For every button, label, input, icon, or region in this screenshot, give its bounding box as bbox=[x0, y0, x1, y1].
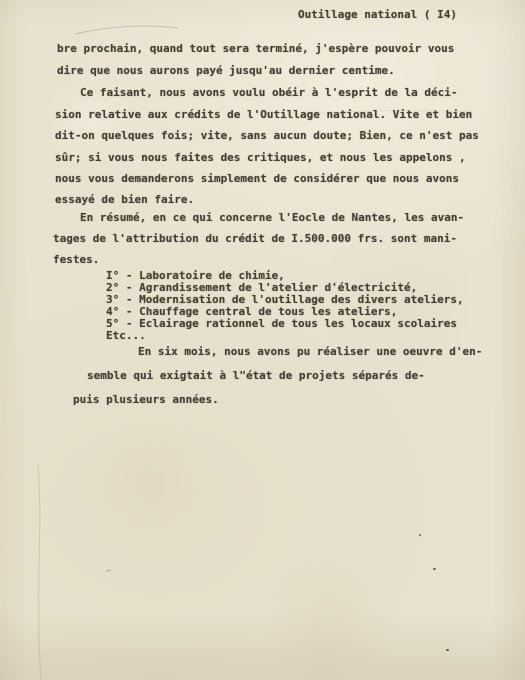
text-line: tages de l'attribution du crédit de I.50… bbox=[53, 232, 457, 245]
text-line: dit-on quelques fois; vite, sans aucun d… bbox=[55, 129, 479, 142]
document-page: Outillage national ( I4) bre prochain, q… bbox=[0, 0, 525, 680]
text-line: essayé de bien faire. bbox=[55, 193, 194, 206]
paper-speck bbox=[106, 569, 111, 571]
paper-crease-marks bbox=[0, 0, 525, 680]
text-line: Etc... bbox=[106, 329, 146, 342]
text-line: dire que nous aurons payé jusqu'au derni… bbox=[57, 64, 395, 77]
text-line: Ce faisant, nous avons voulu obéir à l'e… bbox=[80, 86, 458, 99]
text-line: 5° - Eclairage rationnel de tous les loc… bbox=[106, 317, 457, 330]
text-line: En résumé, en ce qui concerne l'Eocle de… bbox=[80, 211, 464, 224]
page-header: Outillage national ( I4) bbox=[298, 8, 457, 21]
paper-speck bbox=[446, 649, 449, 651]
text-line: puis plusieurs années. bbox=[73, 393, 219, 406]
text-line: bre prochain, quand tout sera terminé, j… bbox=[57, 42, 454, 55]
text-line: sûr; si vous nous faites des critiques, … bbox=[55, 151, 466, 164]
text-line: nous vous demanderons simplement de cons… bbox=[55, 172, 459, 185]
paper-speck bbox=[433, 568, 436, 570]
text-line: semble qui exigtait à l"état de projets … bbox=[87, 369, 425, 382]
text-line: sion relative aux crédits de l'Outillage… bbox=[55, 108, 472, 121]
text-line: festes. bbox=[53, 253, 99, 266]
text-line: En six mois, nous avons pu réaliser une … bbox=[138, 345, 482, 358]
paper-speck bbox=[419, 534, 421, 536]
